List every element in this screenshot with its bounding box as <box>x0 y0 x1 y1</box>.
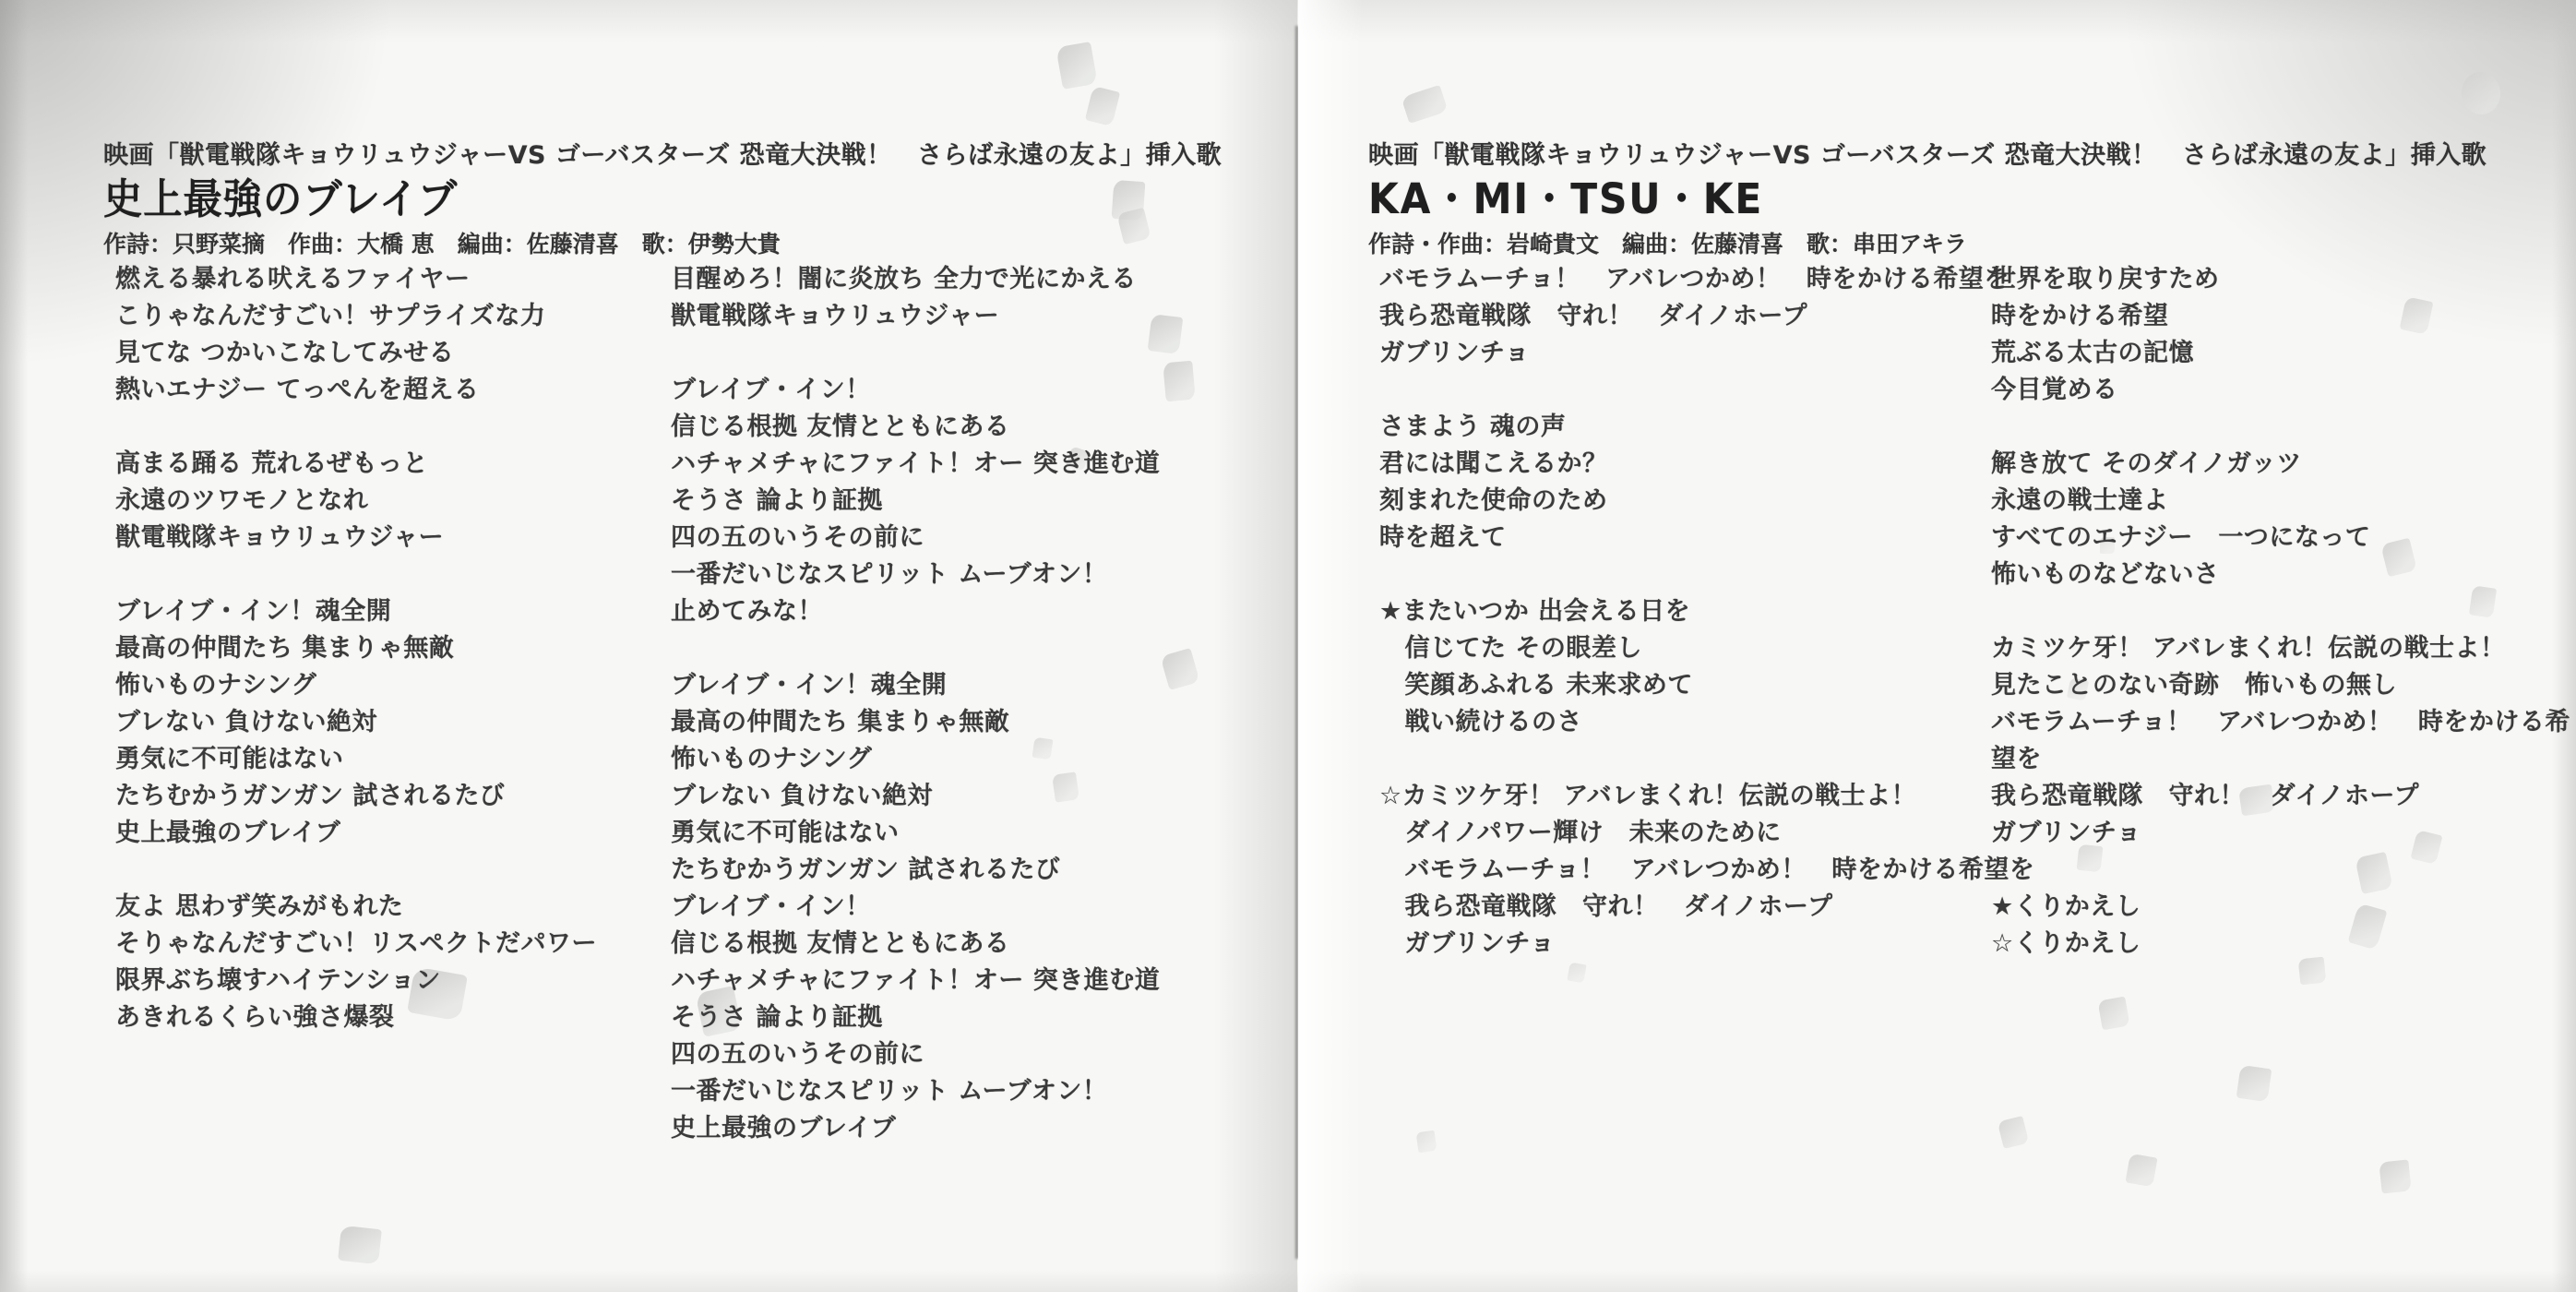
lyrics-column-left-2: 目醒めろ！闇に炎放ち 全力で光にかえる 獣電戦隊キョウリュウジャー ブレイブ・イ… <box>671 261 1160 1184</box>
page-left: 映画「獣電戦隊キョウリュウジャーVS ゴーバスターズ 恐竜大決戦！ さらば永遠の… <box>0 0 1297 1292</box>
lyrics-stanza: ブレイブ・イン！魂全開 最高の仲間たち 集まりゃ無敵 怖いものナシング ブレない… <box>671 667 1160 1147</box>
lyrics-stanza: ブレイブ・イン！魂全開 最高の仲間たち 集まりゃ無敵 怖いものナシング ブレない… <box>115 593 597 852</box>
lyrics-column-right-1: バモラムーチョ！ アバレつかめ！ 時をかける希望を 我ら恐竜戦隊 守れ！ ダイノ… <box>1379 261 2034 999</box>
page-right: 映画「獣電戦隊キョウリュウジャーVS ゴーバスターズ 恐竜大決戦！ さらば永遠の… <box>1297 0 2576 1292</box>
song-title: 史上最強のブレイブ <box>103 173 1154 225</box>
lyrics-stanza: 世界を取り戻すため 時をかける希望 荒ぶる太古の記憶 今目覚める <box>1991 261 2576 409</box>
lyrics-stanza: 燃える暴れる吠えるファイヤー こりゃなんだすごい！サプライズな力 見てな つかい… <box>115 261 597 409</box>
movie-tiein-line: 映画「獣電戦隊キョウリュウジャーVS ゴーバスターズ 恐竜大決戦！ さらば永遠の… <box>1368 140 2487 172</box>
lyrics-stanza: 友よ 思わず笑みがもれた そりゃなんだすごい！リスペクトだパワー 限界ぶち壊すハ… <box>115 889 597 1036</box>
song-credits: 作詩：只野菜摘 作曲：大橋 恵 編曲：佐藤清喜 歌：伊勢大貴 <box>103 231 1222 258</box>
lyrics-stanza: さまよう 魂の声 君には聞こえるか？ 刻まれた使命のため 時を超えて <box>1379 409 2034 556</box>
lyrics-column-right-2: 世界を取り戻すため 時をかける希望 荒ぶる太古の記憶 今目覚める 解き放て その… <box>1991 261 2576 999</box>
lyrics-stanza: ★くりかえし ☆くりかえし <box>1991 889 2576 963</box>
lyrics-stanza: ☆カミツケ牙！ アバレまくれ！伝説の戦士よ！ ダイノパワー輝け 未来のために バ… <box>1379 778 2034 963</box>
song-header-left: 映画「獣電戦隊キョウリュウジャーVS ゴーバスターズ 恐竜大決戦！ さらば永遠の… <box>103 140 1222 258</box>
song-credits: 作詩・作曲：岩崎貴文 編曲：佐藤清喜 歌：串田アキラ <box>1368 231 2487 258</box>
lyrics-stanza: バモラムーチョ！ アバレつかめ！ 時をかける希望を 我ら恐竜戦隊 守れ！ ダイノ… <box>1379 261 2034 372</box>
lyrics-column-left-1: 燃える暴れる吠えるファイヤー こりゃなんだすごい！サプライズな力 見てな つかい… <box>115 261 597 1073</box>
lyrics-stanza: ★またいつか 出会える日を 信じてた その眼差し 笑顔あふれる 未来求めて 戦い… <box>1379 593 2034 741</box>
lyrics-stanza: 高まる踊る 荒れるぜもっと 永遠のツワモノとなれ 獣電戦隊キョウリュウジャー <box>115 446 597 556</box>
lyrics-stanza: カミツケ牙！ アバレまくれ！伝説の戦士よ！ 見たことのない奇跡 怖いもの無し バ… <box>1991 630 2576 852</box>
lyrics-stanza: ブレイブ・イン！ 信じる根拠 友情とともにある ハチャメチャにファイト！オー 突… <box>671 372 1160 630</box>
song-title: KA・MI・TSU・KE <box>1368 173 2419 225</box>
lyrics-stanza: 解き放て そのダイノガッツ 永遠の戦士達よ すべてのエナジー 一つになって 怖い… <box>1991 446 2576 593</box>
lyrics-stanza: 目醒めろ！闇に炎放ち 全力で光にかえる 獣電戦隊キョウリュウジャー <box>671 261 1160 335</box>
movie-tiein-line: 映画「獣電戦隊キョウリュウジャーVS ゴーバスターズ 恐竜大決戦！ さらば永遠の… <box>103 140 1222 172</box>
song-header-right: 映画「獣電戦隊キョウリュウジャーVS ゴーバスターズ 恐竜大決戦！ さらば永遠の… <box>1368 140 2487 258</box>
booklet-scan: 映画「獣電戦隊キョウリュウジャーVS ゴーバスターズ 恐竜大決戦！ さらば永遠の… <box>0 0 2576 1292</box>
